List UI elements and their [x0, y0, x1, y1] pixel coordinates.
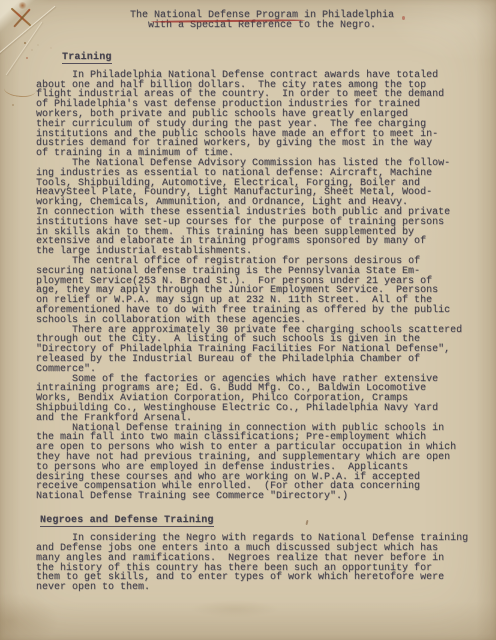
title-underlined-text: National Defense Program	[154, 10, 298, 21]
paragraph-private-schools: There are approximately 30 private fee c…	[36, 326, 488, 375]
paper-smudge	[190, 600, 280, 618]
document-page: The National Defense Program in Philadel…	[0, 0, 496, 640]
paragraph-registration-office: The central office of registration for p…	[36, 257, 488, 326]
paragraph-classifications: National Defense training in connection …	[36, 424, 488, 502]
hairline-stain	[3, 80, 37, 100]
typewritten-content: The National Defense Program in Philadel…	[36, 8, 488, 593]
rust-staple-mark	[6, 2, 40, 32]
paragraph-negro-considerations: In considering the Negro with regards to…	[36, 534, 488, 593]
document-title: The National Defense Program in Philadel…	[36, 11, 488, 31]
section-heading-row: Training	[36, 53, 488, 64]
section-heading-row: Negroes and Defense Training	[36, 516, 488, 527]
section-heading-training: Training	[62, 53, 112, 64]
paragraph-factories-list: Some of the factories or agencies which …	[36, 375, 488, 424]
paragraph-contract-awards: In Philadelphia National Defense contrac…	[36, 71, 488, 159]
section-heading-negroes-defense-training: Negroes and Defense Training	[40, 516, 214, 527]
foxing-specks	[24, 42, 26, 44]
rust-blotch	[18, 2, 27, 9]
paragraph-advisory-commission: The National Defense Advisory Commission…	[36, 159, 488, 257]
